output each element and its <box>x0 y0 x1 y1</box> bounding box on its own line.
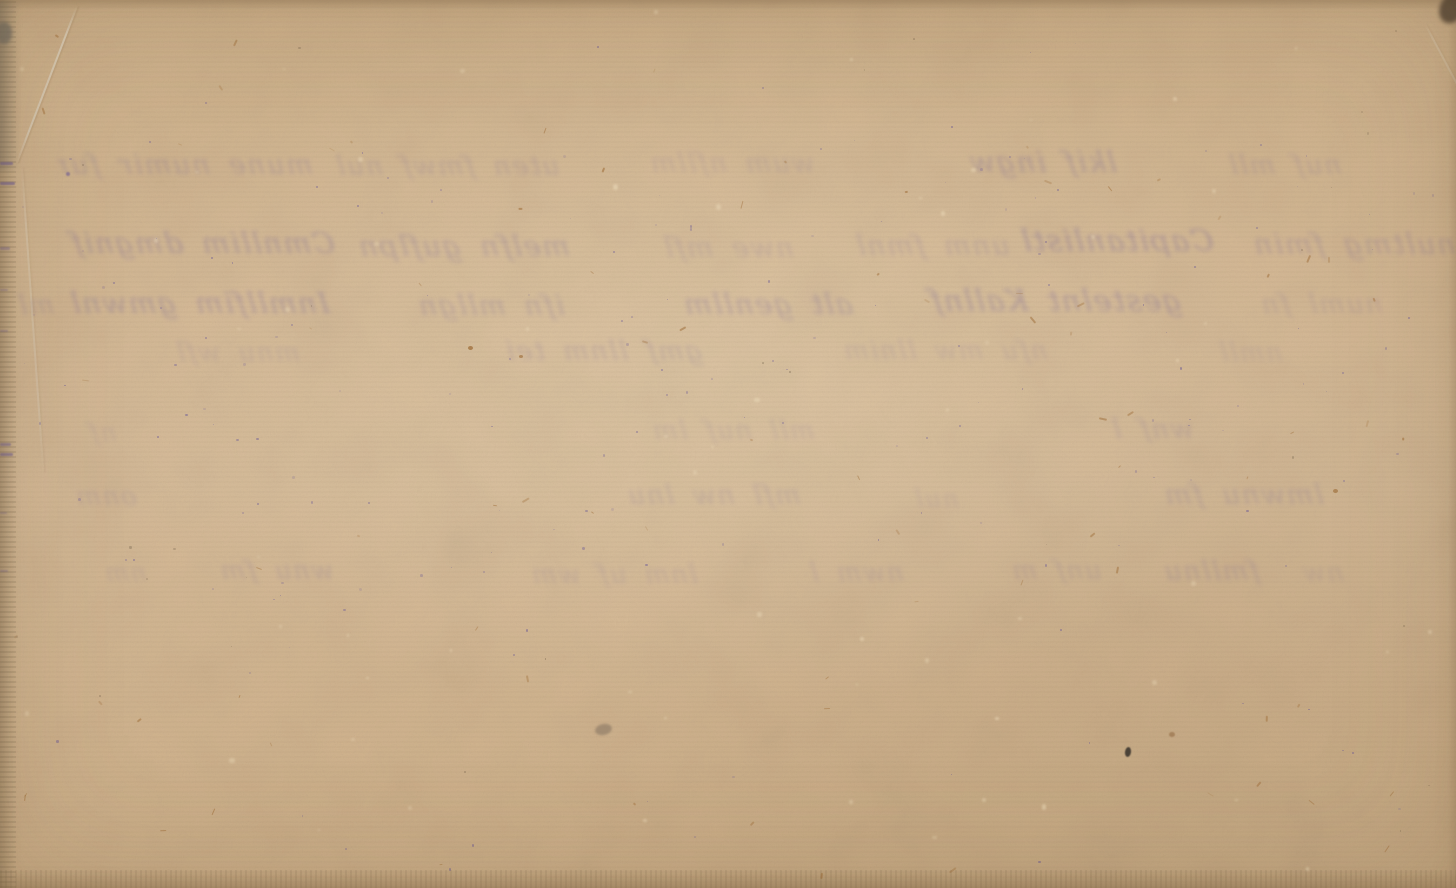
corner-patch-gray <box>0 0 20 170</box>
paper-card: mune numir funuten fmwf nulwum nfllmlkif… <box>0 0 1456 888</box>
sheet-edge-right <box>1448 0 1456 888</box>
paper-grain-texture <box>0 0 1456 888</box>
sheet-edge-top <box>0 0 1456 10</box>
sheet-edge-bottom <box>0 870 1456 888</box>
scanned-page: { "scan": { "description_label": "", "pa… <box>0 0 1456 888</box>
